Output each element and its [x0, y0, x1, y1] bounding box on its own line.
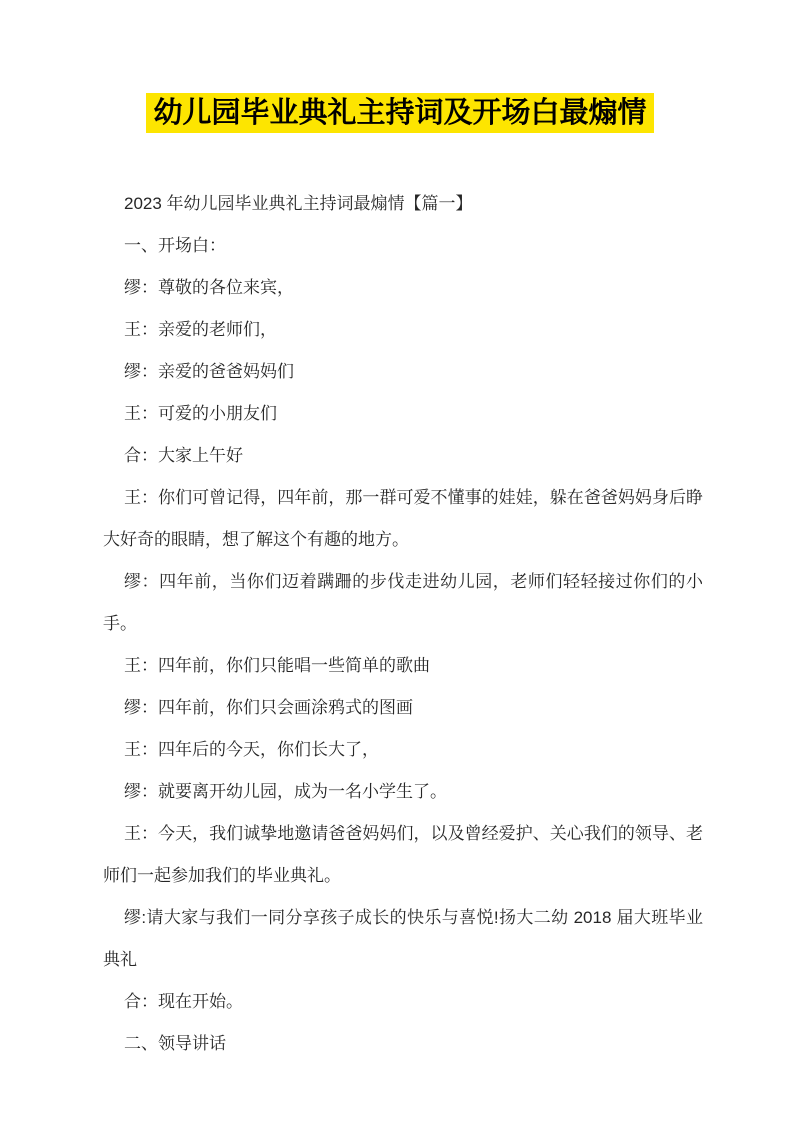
paragraph-line: 王：今天，我们诚挚地邀请爸爸妈妈们，以及曾经爱护、关心我们的领导、老师们一起参加…: [103, 813, 703, 897]
paragraph-line: 缪：四年前，当你们迈着蹒跚的步伐走进幼儿园，老师们轻轻接过你们的小手。: [103, 561, 703, 645]
paragraph-line: 王：你们可曾记得，四年前，那一群可爱不懂事的娃娃，躲在爸爸妈妈身后睁大好奇的眼睛…: [103, 477, 703, 561]
document-page: 幼儿园毕业典礼主持词及开场白最煽情 2023 年幼儿园毕业典礼主持词最煽情【篇一…: [0, 0, 800, 1127]
paragraph-line: 合：大家上午好: [103, 435, 703, 477]
paragraph-line: 缪：就要离开幼儿园，成为一名小学生了。: [103, 771, 703, 813]
title-highlight: 幼儿园毕业典礼主持词及开场白最煽情: [146, 93, 653, 133]
paragraph-line: 王：四年前，你们只能唱一些简单的歌曲: [103, 645, 703, 687]
paragraph-opening-heading: 一、开场白：: [103, 225, 703, 267]
paragraph-line: 王：四年后的今天，你们长大了，: [103, 729, 703, 771]
paragraph-line: 合：现在开始。: [103, 981, 703, 1023]
paragraph-line: 缪：亲爱的爸爸妈妈们: [103, 351, 703, 393]
paragraph-line: 缪：尊敬的各位来宾，: [103, 267, 703, 309]
paragraph-leader-speech-heading: 二、领导讲话: [103, 1023, 703, 1065]
document-body: 2023 年幼儿园毕业典礼主持词最煽情【篇一】 一、开场白： 缪：尊敬的各位来宾…: [103, 183, 703, 1065]
paragraph-line: 王：亲爱的老师们，: [103, 309, 703, 351]
paragraph-line: 缪：四年前，你们只会画涂鸦式的图画: [103, 687, 703, 729]
document-title: 幼儿园毕业典礼主持词及开场白最煽情: [0, 93, 800, 133]
document-subtitle: 2023 年幼儿园毕业典礼主持词最煽情【篇一】: [103, 183, 703, 225]
paragraph-line: 王：可爱的小朋友们: [103, 393, 703, 435]
paragraph-line: 缪:请大家与我们一同分享孩子成长的快乐与喜悦!扬大二幼 2018 届大班毕业典礼: [103, 897, 703, 981]
